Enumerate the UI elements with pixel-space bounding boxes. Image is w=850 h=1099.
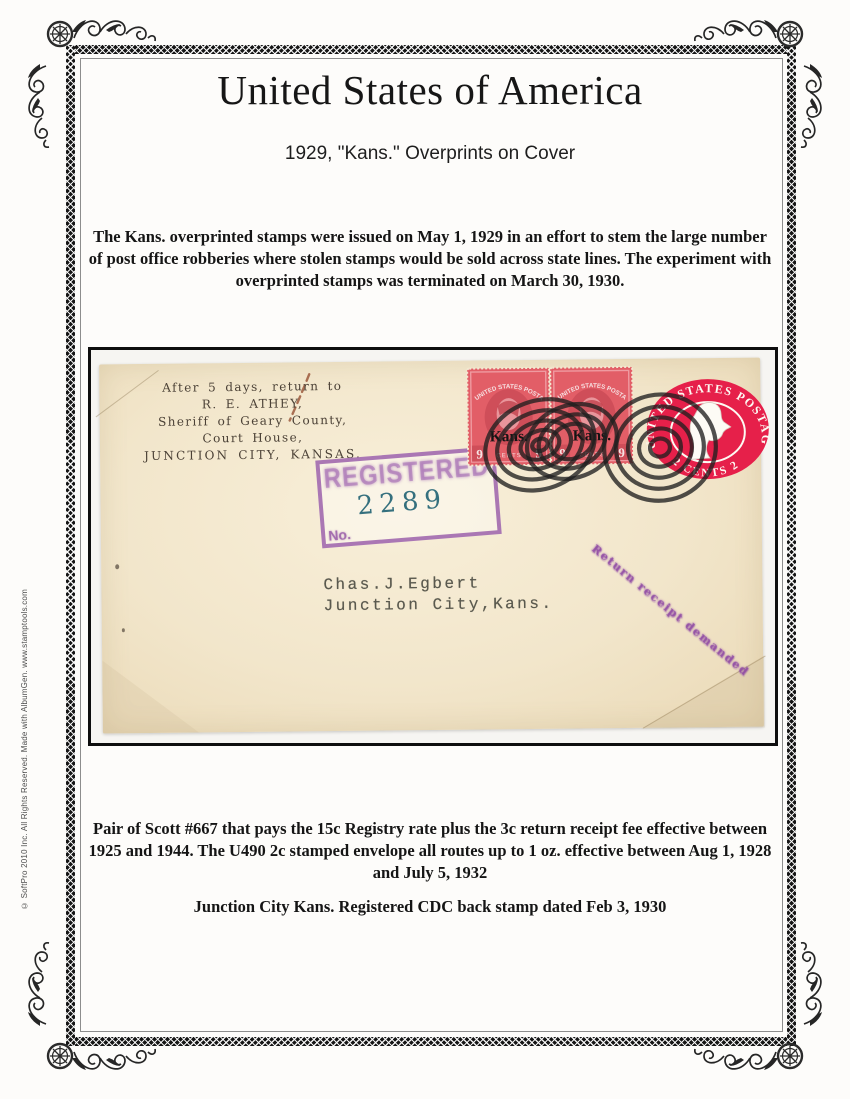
corner-ornament-icon xyxy=(694,938,844,1088)
kans-overprint-stamp: UNITED STATES POSTAGE 9 9 CENTS Kans. xyxy=(550,367,633,465)
return-address-line: Sheriff of Geary County, xyxy=(128,412,378,432)
stamp-cents-label: CENTS xyxy=(496,453,521,459)
border-band-bottom xyxy=(66,1037,796,1046)
address-line: Junction City,Kans. xyxy=(324,594,554,617)
page-subtitle: 1929, "Kans." Overprints on Cover xyxy=(80,143,780,165)
envelope-speck xyxy=(115,564,119,569)
copyright-vertical-text: © SoftPro 2010 Inc. All Rights Reserved.… xyxy=(20,566,34,910)
kans-overprint-stamp: UNITED STATES POSTAGE 9 9 CENTS Kans. xyxy=(467,368,550,466)
destination-address: Chas.J.Egbert Junction City,Kans. xyxy=(323,573,553,617)
return-receipt-handstamp: Return receipt demanded xyxy=(589,541,752,679)
page-title: United States of America xyxy=(80,66,780,114)
stamp-denomination: 9 xyxy=(535,446,542,461)
address-line: Chas.J.Egbert xyxy=(323,573,553,596)
embossed-2c-stamp: UNITED STATES POSTAGE 2 CENTS 2 xyxy=(641,369,774,490)
return-address: After 5 days, return to R. E. ATHEY, She… xyxy=(127,378,378,466)
envelope-flap-shade xyxy=(102,659,199,733)
border-band-right xyxy=(787,45,796,1046)
cover-photo-frame: After 5 days, return to R. E. ATHEY, She… xyxy=(88,347,778,746)
stamp-denomination: 9 xyxy=(476,446,483,461)
stamp-cents-label: CENTS xyxy=(579,452,604,458)
stamp-denomination: 9 xyxy=(618,445,625,460)
intro-paragraph: The Kans. overprinted stamps were issued… xyxy=(88,226,772,292)
envelope-speck xyxy=(122,628,125,632)
corner-ornament-icon xyxy=(6,938,156,1088)
kans-overprint: Kans. xyxy=(573,427,612,444)
caption-backstamp-note: Junction City Kans. Registered CDC back … xyxy=(88,896,772,918)
return-address-line: After 5 days, return to xyxy=(127,378,377,398)
envelope: After 5 days, return to R. E. ATHEY, She… xyxy=(99,358,764,734)
border-band-left xyxy=(66,45,75,1046)
kans-overprint: Kans. xyxy=(490,428,529,445)
border-band-top xyxy=(66,45,796,54)
stamp-denomination: 9 xyxy=(559,446,566,461)
registered-no-label: No. xyxy=(328,526,352,544)
caption-paragraph: Pair of Scott #667 that pays the 15c Reg… xyxy=(88,818,772,884)
registry-number: 2289 xyxy=(356,484,448,521)
